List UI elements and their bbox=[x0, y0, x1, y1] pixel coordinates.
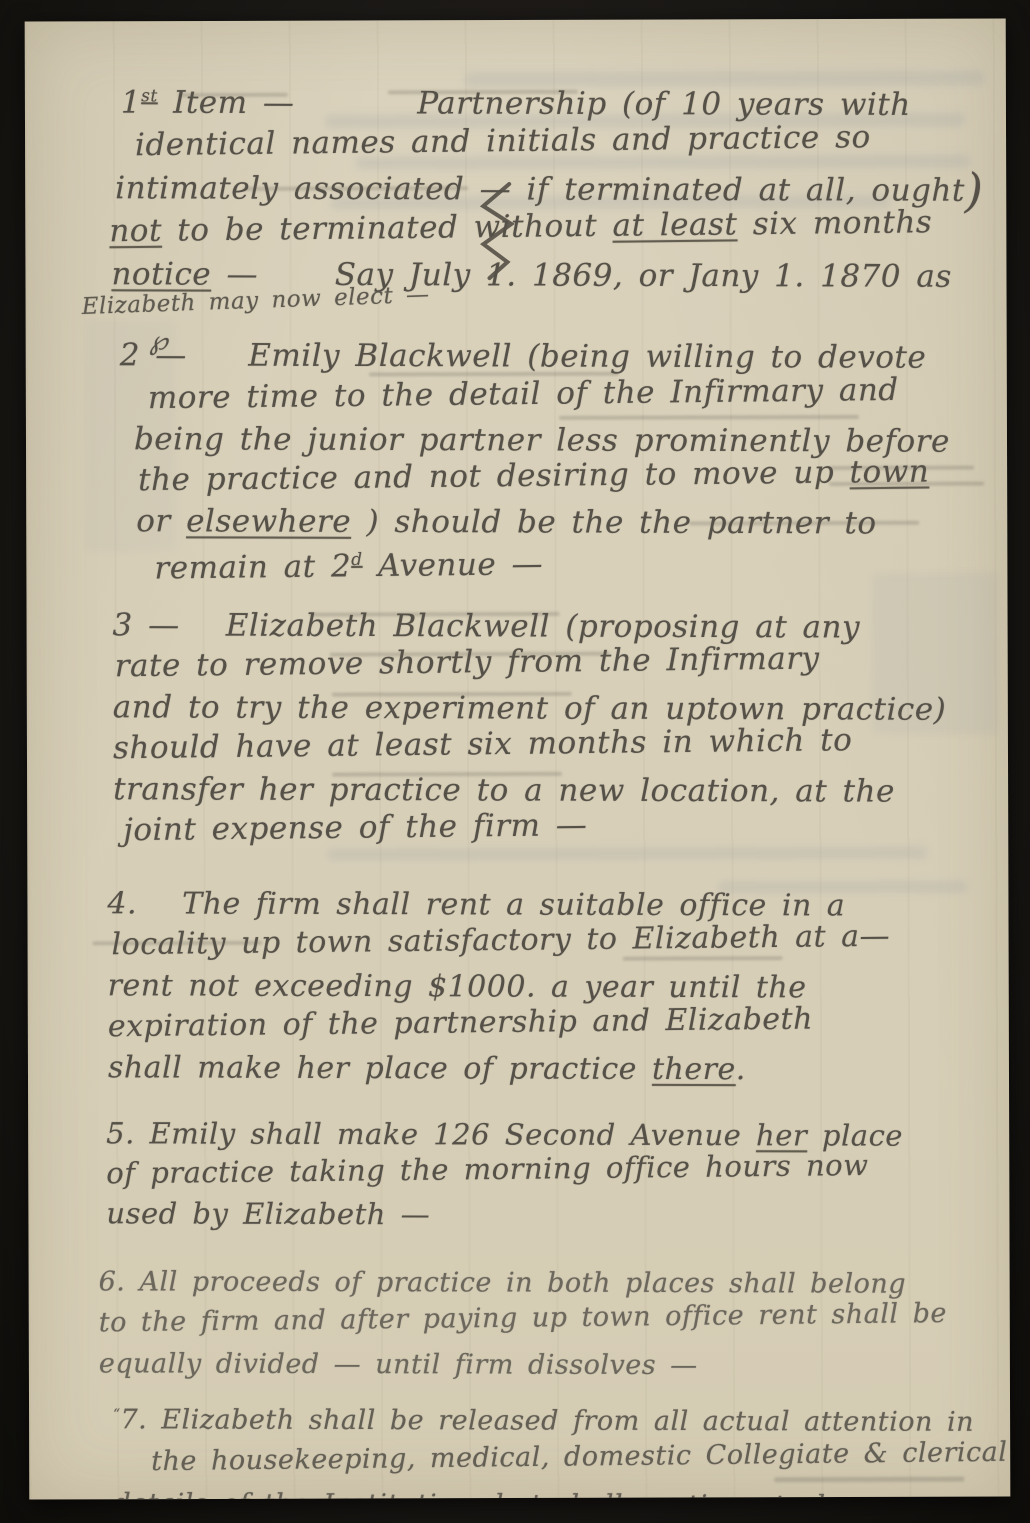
handwritten-line: details of the Institution, but shall co… bbox=[113, 1483, 1007, 1499]
item-1-partnership-term: 1st Item — Partnership (of 10 years with… bbox=[121, 73, 984, 297]
item-5-emily-second-avenue: 5. Emily shall make 126 Second Avenue he… bbox=[106, 1111, 903, 1234]
text-segment: used by Elizabeth — bbox=[106, 1196, 430, 1231]
text-segment: remain at 2 bbox=[154, 548, 351, 586]
text-segment: locality up town satisfactory to Elizabe… bbox=[111, 919, 890, 963]
text-segment: there bbox=[652, 1052, 736, 1087]
text-segment: of practice taking the morning office ho… bbox=[106, 1148, 869, 1190]
handwritten-line: the practice and not desiring to move up… bbox=[138, 451, 950, 501]
handwritten-line: locality up town satisfactory to Elizabe… bbox=[111, 916, 890, 966]
handwritten-line: more time to the detail of the Infirmary… bbox=[148, 369, 950, 419]
text-segment: joint expense of the firm — bbox=[123, 807, 588, 848]
text-segment: 1 bbox=[121, 85, 141, 121]
text-segment: shall make her place of practice bbox=[108, 1050, 652, 1087]
text-segment: to be terminated without bbox=[162, 208, 613, 249]
text-segment: details of the Institution, but shall co… bbox=[113, 1488, 892, 1499]
text-segment: to the firm and after paying up town off… bbox=[99, 1298, 947, 1338]
item-7-elizabeth-released: “7. Elizabeth shall be released from all… bbox=[113, 1390, 1008, 1499]
handwritten-line: remain at 2d Avenue — bbox=[154, 533, 950, 589]
handwritten-line: rate to remove shortly from the Infirmar… bbox=[114, 637, 946, 687]
handwritten-line: shall make her place of practice there. bbox=[108, 1047, 891, 1090]
text-segment: more time to the detail of the Infirmary… bbox=[148, 372, 899, 416]
item-4-uptown-office: 4. The firm shall rent a suitable office… bbox=[107, 881, 890, 1088]
item-2-emily-remains: 2 ℘— Emily Blackwell (being willing to d… bbox=[120, 333, 951, 590]
text-segment: expiration of the partnership and Elizab… bbox=[108, 1002, 813, 1045]
manuscript-body: 1st Item — Partnership (of 10 years with… bbox=[25, 18, 1011, 1499]
text-segment: Avenue — bbox=[362, 546, 543, 584]
item-6-proceeds-divided: 6. All proceeds of practice in both plac… bbox=[99, 1259, 948, 1385]
text-segment: the housekeeping, medical, domestic Coll… bbox=[151, 1437, 1008, 1477]
handwritten-line: used by Elizabeth — bbox=[106, 1193, 903, 1235]
handwritten-line: the housekeeping, medical, domestic Coll… bbox=[151, 1432, 1008, 1483]
text-segment: elsewhere bbox=[186, 503, 351, 539]
text-segment: town bbox=[849, 453, 929, 490]
manuscript-page: 1st Item — Partnership (of 10 years with… bbox=[25, 18, 1011, 1499]
handwritten-line: not to be terminated without at least si… bbox=[109, 201, 984, 254]
text-segment: equally divided — until firm dissolves — bbox=[99, 1348, 698, 1381]
handwritten-line: to the firm and after paying up town off… bbox=[99, 1293, 948, 1343]
text-segment: . bbox=[736, 1052, 746, 1087]
text-segment: six months bbox=[737, 205, 932, 243]
item-3-elizabeth-transfer: 3 — Elizabeth Blackwell (proposing at an… bbox=[113, 603, 947, 852]
handwritten-line: should have at least six months in which… bbox=[113, 719, 947, 769]
text-segment: rate to remove shortly from the Infirmar… bbox=[115, 641, 820, 685]
handwritten-line: joint expense of the firm — bbox=[123, 801, 947, 851]
handwritten-line: identical names and initials and practic… bbox=[135, 115, 984, 167]
superscript-text: st bbox=[141, 86, 158, 106]
handwritten-line: of practice taking the morning office ho… bbox=[106, 1145, 903, 1194]
text-segment: or bbox=[136, 503, 186, 539]
text-segment: should have at least six months in which… bbox=[113, 722, 853, 766]
text-segment: notice bbox=[111, 257, 211, 293]
handwritten-line: equally divided — until firm dissolves — bbox=[99, 1343, 947, 1387]
text-segment: the practice and not desiring to move up bbox=[138, 454, 850, 498]
text-segment: not bbox=[109, 213, 162, 250]
handwritten-line: expiration of the partnership and Elizab… bbox=[108, 998, 891, 1048]
text-segment: identical names and initials and practic… bbox=[135, 119, 871, 163]
superscript-text: d bbox=[351, 550, 363, 570]
text-segment: at least bbox=[612, 207, 737, 244]
